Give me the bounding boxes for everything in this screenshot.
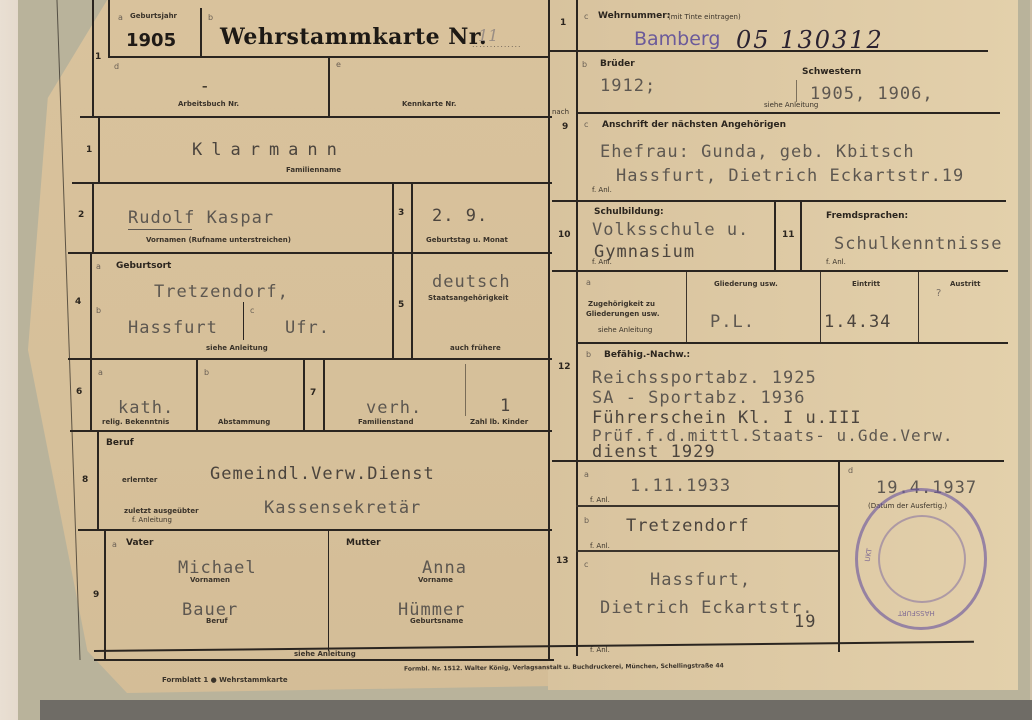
row-number: 8 <box>82 475 88 485</box>
field-letter: c <box>584 120 588 129</box>
row-number: 11 <box>782 230 795 240</box>
religion-label: relig. Bekenntnis <box>102 418 169 426</box>
row-number: 10 <box>558 230 571 240</box>
divider <box>552 270 1008 272</box>
row-number: 7 <box>310 388 316 398</box>
row-number-note: nach <box>552 108 569 116</box>
geburtstag-label: Geburtstag u. Monat <box>426 236 508 244</box>
divider <box>68 252 552 254</box>
divider <box>104 529 106 659</box>
eintritt-value: 1.4.34 <box>824 312 891 332</box>
mutter-label: Mutter <box>346 538 381 548</box>
gliederung-value: P.L. <box>710 312 755 332</box>
rufname-underline <box>128 229 192 230</box>
stamp-text: UKT <box>864 548 874 563</box>
familienname-value: Klarmann <box>192 140 346 160</box>
staatsangehoerigkeit-sublabel: auch frühere <box>450 344 501 352</box>
familienname-label: Familienname <box>286 166 341 174</box>
title-number-dots: .............. <box>472 40 522 49</box>
row-number: 13 <box>556 556 569 566</box>
divider <box>576 0 578 656</box>
divider <box>70 430 552 432</box>
document-title: Wehrstammkarte Nr. <box>220 24 487 50</box>
beruf-label: Beruf <box>106 438 134 448</box>
row-number: 6 <box>76 387 82 397</box>
row-number: 1 <box>95 52 101 62</box>
divider <box>200 8 202 58</box>
divider <box>328 58 330 116</box>
gliederungen-hint: siehe Anleitung <box>598 326 652 334</box>
schwestern-label: Schwestern <box>802 67 861 77</box>
stamp-text: HASSFURT <box>898 609 935 617</box>
staatsangehoerigkeit-value: deutsch <box>432 272 511 292</box>
section13-c-line3: 19 <box>794 612 816 632</box>
mutter-vorname: Anna <box>422 558 467 578</box>
arbeitsbuch-label: Arbeitsbuch Nr. <box>178 100 239 108</box>
divider <box>838 462 840 652</box>
row-number: 3 <box>398 208 404 218</box>
field-letter: a <box>118 13 123 22</box>
divider <box>328 531 329 651</box>
beruf-erlernter-value: Gemeindl.Verw.Dienst <box>210 464 435 484</box>
section13-c-line2: Dietrich Eckartstr. <box>600 598 813 618</box>
center-divider <box>548 0 550 660</box>
familienstand-label: Familienstand <box>358 418 414 426</box>
austritt-value: ? <box>936 288 941 299</box>
befaehigung-line: Führerschein Kl. I u.III <box>592 408 862 428</box>
divider <box>686 272 687 342</box>
kennkarte-label: Kennkarte Nr. <box>402 100 456 108</box>
divider <box>243 302 244 340</box>
divider <box>78 529 552 531</box>
row-number: 9 <box>93 590 99 600</box>
arbeitsbuch-value: – <box>202 80 208 93</box>
befaehigung-line: dienst 1929 <box>592 442 716 462</box>
col-gliederung: Gliederung usw. <box>714 280 778 288</box>
section13-c-line1: Hassfurt, <box>650 570 751 590</box>
geburtsjahr-value: 1905 <box>126 30 176 51</box>
schulbildung-line1: Volksschule u. <box>592 220 749 240</box>
angehoerige-line2: Hassfurt, Dietrich Eckartstr.19 <box>616 166 964 186</box>
field-letter: a <box>96 262 101 271</box>
fremdsprachen-value: Schulkenntnisse <box>834 234 1003 254</box>
field-letter: a <box>586 278 591 287</box>
geburtsort-label: Geburtsort <box>116 261 171 271</box>
vornamen-label: Vornamen (Rufname unterstreichen) <box>146 236 291 244</box>
row-number: 1 <box>86 145 92 155</box>
row-number: 2 <box>78 210 84 220</box>
angehoerige-line1: Ehefrau: Gunda, geb. Kbitsch <box>600 142 915 162</box>
divider <box>800 202 802 270</box>
schulbildung-label: Schulbildung: <box>594 207 664 217</box>
field-letter: e <box>336 60 341 69</box>
row-number: 5 <box>398 300 404 310</box>
divider <box>303 360 305 430</box>
section13-a-hint: f. Anl. <box>590 496 610 504</box>
divider <box>576 550 838 552</box>
col-eintritt: Eintritt <box>852 280 880 288</box>
vater-beruf-label: Beruf <box>206 617 228 625</box>
geburtsort-land: Ufr. <box>285 318 330 338</box>
field-letter: b <box>586 350 591 359</box>
row-number: 12 <box>558 362 571 372</box>
divider <box>392 182 394 360</box>
field-letter: a <box>584 470 589 479</box>
section13-a-value: 1.11.1933 <box>630 476 731 496</box>
field-letter: a <box>98 368 103 377</box>
field-letter: b <box>204 368 209 377</box>
brueder-value: 1912; <box>600 76 656 96</box>
divider <box>92 182 94 252</box>
beruf-erlernter-label: erlernter <box>122 476 157 484</box>
geschwister-hint: siehe Anleitung <box>764 101 818 109</box>
field-letter: c <box>250 306 254 315</box>
divider <box>92 0 94 118</box>
divider <box>774 202 776 270</box>
vornamen-value: Rudolf Kaspar <box>128 208 274 228</box>
geburtsort-kreis: Hassfurt <box>128 318 218 338</box>
table-surface <box>40 700 1032 720</box>
section13-c-hint: f. Anl. <box>590 646 610 654</box>
field-letter: c <box>584 560 588 569</box>
form-footer-left: Formblatt 1 ● Wehrstammkarte <box>162 676 288 684</box>
vater-vorname-label: Vornamen <box>190 576 230 584</box>
gliederungen-label-line1: Zugehörigkeit zu <box>588 300 655 308</box>
vater-vorname: Michael <box>178 558 257 578</box>
section13-b-hint: f. Anl. <box>590 542 610 550</box>
geburtstag-value: 2. 9. <box>432 206 488 226</box>
beruf-ausgeuebter-label: zuletzt ausgeübter <box>124 507 199 515</box>
dotted-divider <box>465 364 466 416</box>
gliederungen-label-line2: Gliederungen usw. <box>586 310 659 318</box>
divider <box>411 182 413 360</box>
eltern-hint: siehe Anleitung <box>294 650 356 658</box>
row-number: 9 <box>562 122 568 132</box>
schwestern-value: 1905, 1906, <box>810 84 934 104</box>
divider <box>918 272 919 342</box>
wehrnummer-label: Wehrnummer: <box>598 11 670 21</box>
mutter-vorname-label: Vorname <box>418 576 453 584</box>
divider <box>576 112 1000 114</box>
field-letter: c <box>584 12 588 21</box>
field-letter: b <box>584 516 589 525</box>
wehrnummer-value: 05 130312 <box>736 26 884 54</box>
divider <box>97 430 99 530</box>
divider <box>68 358 552 360</box>
schulbildung-hint: f. Anl. <box>592 258 612 266</box>
divider <box>552 200 1006 202</box>
divider <box>323 360 325 430</box>
field-letter: a <box>112 540 117 549</box>
divider <box>820 272 821 342</box>
geburtsjahr-label: Geburtsjahr <box>130 12 177 20</box>
angehoerige-hint: f. Anl. <box>592 186 612 194</box>
row-number: 4 <box>75 297 81 307</box>
befaehigung-line: Reichssportabz. 1925 <box>592 368 817 388</box>
field-letter: d <box>848 466 853 475</box>
befaehigung-label: Befähig.-Nachw.: <box>604 350 690 360</box>
beruf-hint: f. Anleitung <box>132 516 172 524</box>
vater-label: Vater <box>126 538 153 548</box>
geburtsort-ort: Tretzendorf, <box>154 282 289 302</box>
staatsangehoerigkeit-label: Staatsangehörigkeit <box>428 294 508 302</box>
divider <box>108 0 110 58</box>
field-letter: b <box>208 13 213 22</box>
mutter-geburtsname-label: Geburtsname <box>410 617 463 625</box>
row-number: 1 <box>560 18 566 28</box>
familienstand-value: verh. <box>366 398 422 418</box>
divider <box>72 182 552 184</box>
wehrnummer-note: (mit Tinte eintragen) <box>668 13 741 21</box>
divider <box>796 80 797 102</box>
section13-b-value: Tretzendorf <box>626 516 750 536</box>
divider <box>80 116 552 118</box>
geburtsort-hint: siehe Anleitung <box>206 344 268 352</box>
field-letter: b <box>582 60 587 69</box>
religion-value: kath. <box>118 398 174 418</box>
fremdsprachen-label: Fremdsprachen: <box>826 211 908 221</box>
brueder-label: Brüder <box>600 59 635 69</box>
divider <box>98 116 100 184</box>
divider <box>90 252 92 430</box>
field-letter: b <box>96 306 101 315</box>
kinder-label: Zahl lb. Kinder <box>470 418 528 426</box>
fremdsprachen-hint: f. Anl. <box>826 258 846 266</box>
kinder-value: 1 <box>500 396 511 416</box>
divider <box>94 659 554 661</box>
divider <box>576 505 838 507</box>
col-austritt: Austritt <box>950 280 980 288</box>
wehrnummer-stamp: Bamberg <box>634 28 720 50</box>
befaehigung-line: SA - Sportabz. 1936 <box>592 388 805 408</box>
abstammung-label: Abstammung <box>218 418 270 426</box>
divider <box>196 360 198 430</box>
beruf-ausgeuebter-value: Kassensekretär <box>264 498 421 518</box>
stamp-eagle-emblem <box>878 515 966 603</box>
angehoerige-label: Anschrift der nächsten Angehörigen <box>602 120 786 130</box>
official-stamp: HASSFURT UKT <box>855 488 987 630</box>
divider <box>576 342 1008 344</box>
field-letter: d <box>114 62 119 71</box>
